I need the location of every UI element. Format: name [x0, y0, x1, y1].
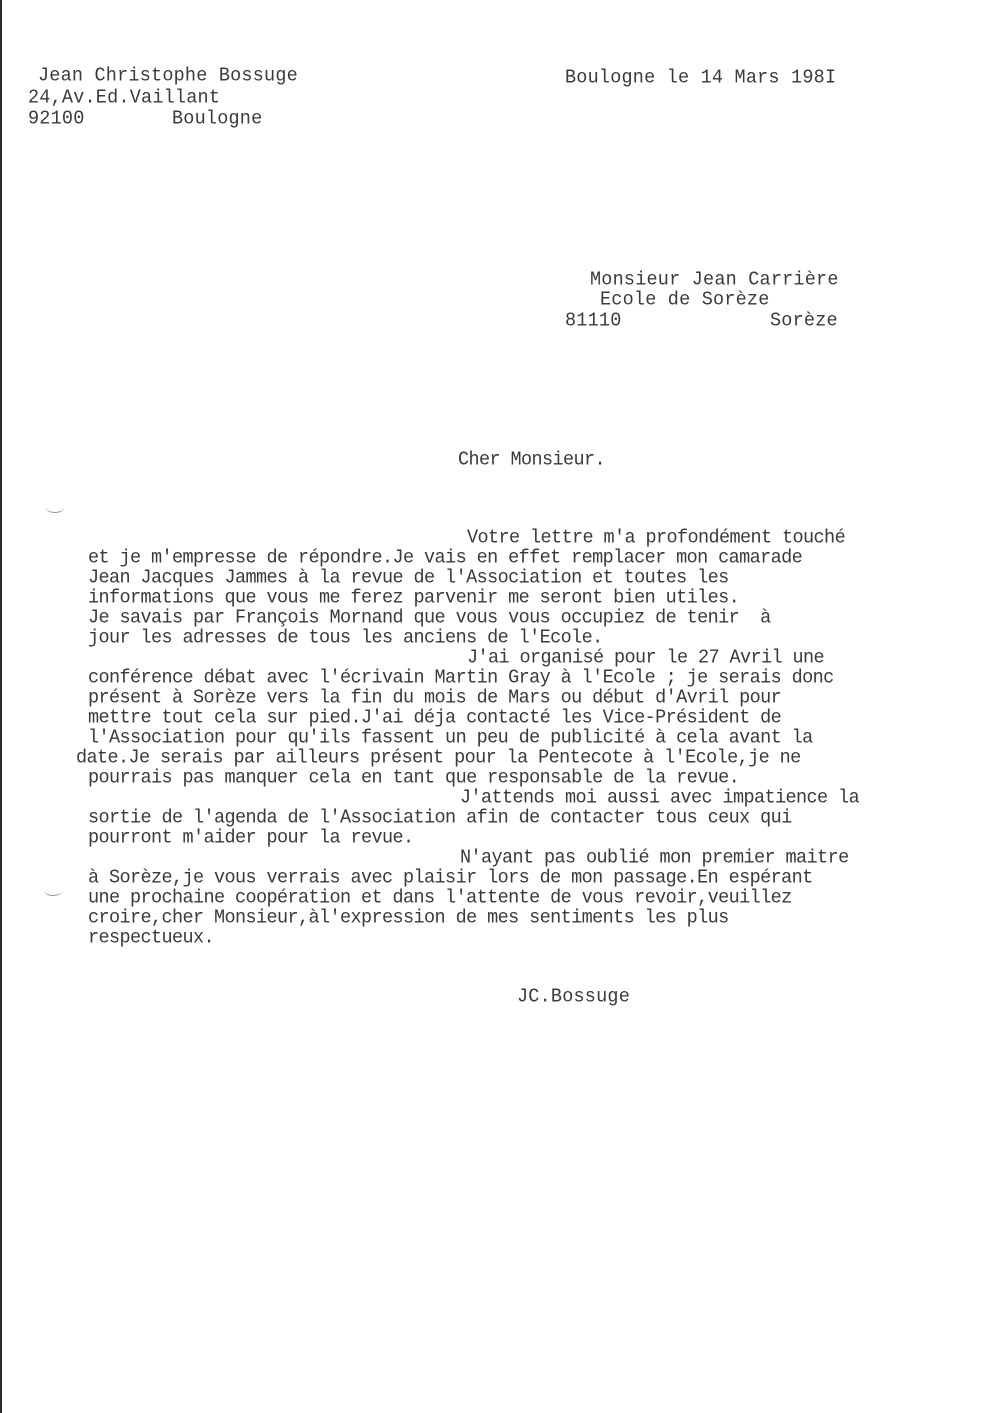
body-line: une prochaine coopération et dans l'atte… [88, 888, 792, 909]
recipient-city: Sorèze [770, 311, 838, 332]
body-line: Je savais par François Mornand que vous … [88, 608, 771, 629]
signature: JC.Bossuge [517, 987, 630, 1008]
date-line: Boulogne le 14 Mars 198I [565, 68, 836, 89]
sender-name: Jean Christophe Bossuge [38, 66, 298, 87]
body-line: J'ai organisé pour le 27 Avril une [467, 648, 824, 669]
punch-hole-mark [46, 502, 64, 513]
recipient-postal-code: 81110 [565, 311, 622, 332]
recipient-institution: Ecole de Sorèze [600, 290, 770, 311]
body-line: sortie de l'agenda de l'Association afin… [88, 808, 792, 829]
body-line: N'ayant pas oublié mon premier maitre [460, 848, 849, 869]
sender-city: Boulogne [172, 109, 262, 130]
body-line: J'attends moi aussi avec impatience la [460, 788, 859, 809]
body-line: pourront m'aider pour la revue. [88, 828, 414, 849]
body-line: conférence débat avec l'écrivain Martin … [88, 668, 834, 689]
body-line: présent à Sorèze vers la fin du mois de … [88, 688, 781, 709]
salutation: Cher Monsieur. [458, 450, 605, 471]
punch-hole-mark [44, 885, 62, 896]
body-line: pourrais pas manquer cela en tant que re… [88, 768, 739, 789]
letter-page: Jean Christophe Bossuge 24,Av.Ed.Vaillan… [0, 0, 1000, 1413]
sender-street: 24,Av.Ed.Vaillant [28, 88, 220, 109]
sender-postal-code: 92100 [28, 109, 85, 130]
body-line: date.Je serais par ailleurs présent pour… [76, 748, 801, 769]
body-line: respectueux. [88, 928, 214, 949]
recipient-name: Monsieur Jean Carrière [590, 270, 839, 291]
body-line: mettre tout cela sur pied.J'ai déja cont… [88, 708, 781, 729]
page-edge-shadow [0, 0, 2, 1413]
body-line: informations que vous me ferez parvenir … [88, 588, 739, 609]
body-line: à Sorèze,je vous verrais avec plaisir lo… [88, 868, 813, 889]
body-line: jour les adresses de tous les anciens de… [88, 628, 603, 649]
body-line: l'Association pour qu'ils fassent un peu… [88, 728, 813, 749]
body-line: Jean Jacques Jammes à la revue de l'Asso… [88, 568, 729, 589]
body-line: et je m'empresse de répondre.Je vais en … [88, 548, 802, 569]
body-line: Votre lettre m'a profondément touché [467, 528, 845, 549]
body-line: croire,cher Monsieur,àl'expression de me… [88, 908, 729, 929]
